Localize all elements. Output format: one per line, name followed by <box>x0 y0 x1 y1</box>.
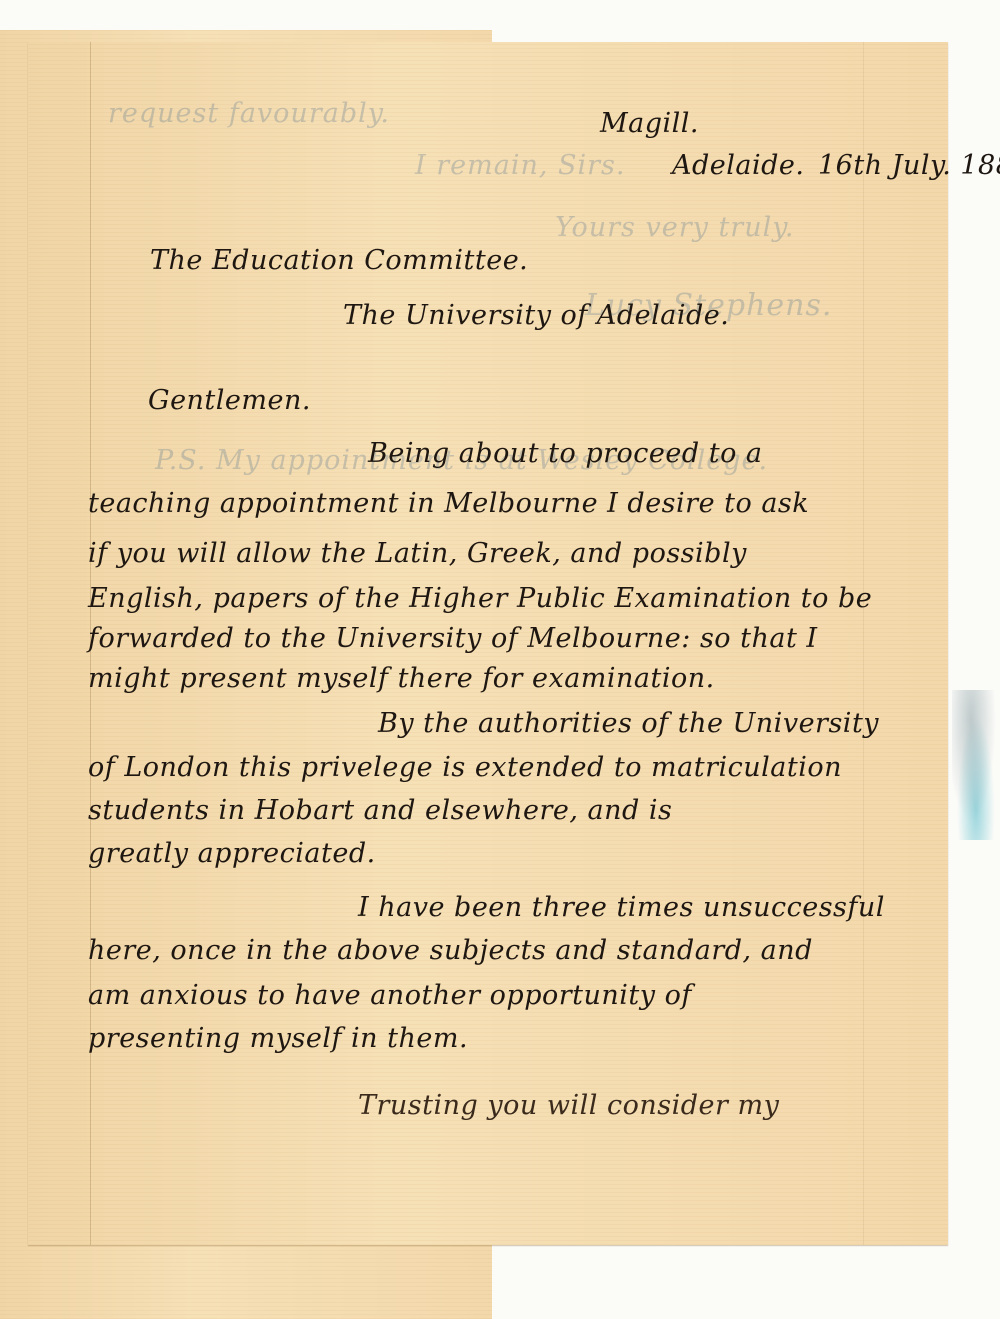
bleed-line-3: Yours very truly. <box>555 212 794 243</box>
body-line: teaching appointment in Melbourne I desi… <box>88 488 809 519</box>
body-line: am anxious to have another opportunity o… <box>88 980 692 1011</box>
addressee-line-2: The University of Adelaide. <box>343 300 729 331</box>
body-line: students in Hobart and elsewhere, and is <box>88 795 672 826</box>
bleed-line-1: request favourably. <box>108 98 390 129</box>
salutation: Gentlemen. <box>148 385 311 416</box>
fold-crease-right <box>863 42 864 1245</box>
place-magill: Magill. <box>600 108 699 139</box>
body-line: By the authorities of the University <box>378 708 879 739</box>
addressee-line-1: The Education Committee. <box>150 245 528 276</box>
body-line: Being about to proceed to a <box>368 438 763 469</box>
bleed-line-2: I remain, Sirs. <box>415 150 626 181</box>
body-line: greatly appreciated. <box>88 838 376 869</box>
body-line: I have been three times unsuccessful <box>358 892 885 923</box>
body-line: forwarded to the University of Melbourne… <box>88 623 818 654</box>
body-line: here, once in the above subjects and sta… <box>88 935 813 966</box>
body-line: might present myself there for examinati… <box>88 663 715 694</box>
body-line: presenting myself in them. <box>88 1023 468 1054</box>
letter-date: 16th July. 1889 <box>818 150 1000 181</box>
body-line: English, papers of the Higher Public Exa… <box>88 583 872 614</box>
body-line: if you will allow the Latin, Greek, and … <box>88 538 747 569</box>
body-line: of London this privelege is extended to … <box>88 752 842 783</box>
scan-edge-bleed <box>952 690 1000 840</box>
place-adelaide: Adelaide. <box>672 150 804 181</box>
body-line-closing: Trusting you will consider my <box>358 1090 779 1121</box>
